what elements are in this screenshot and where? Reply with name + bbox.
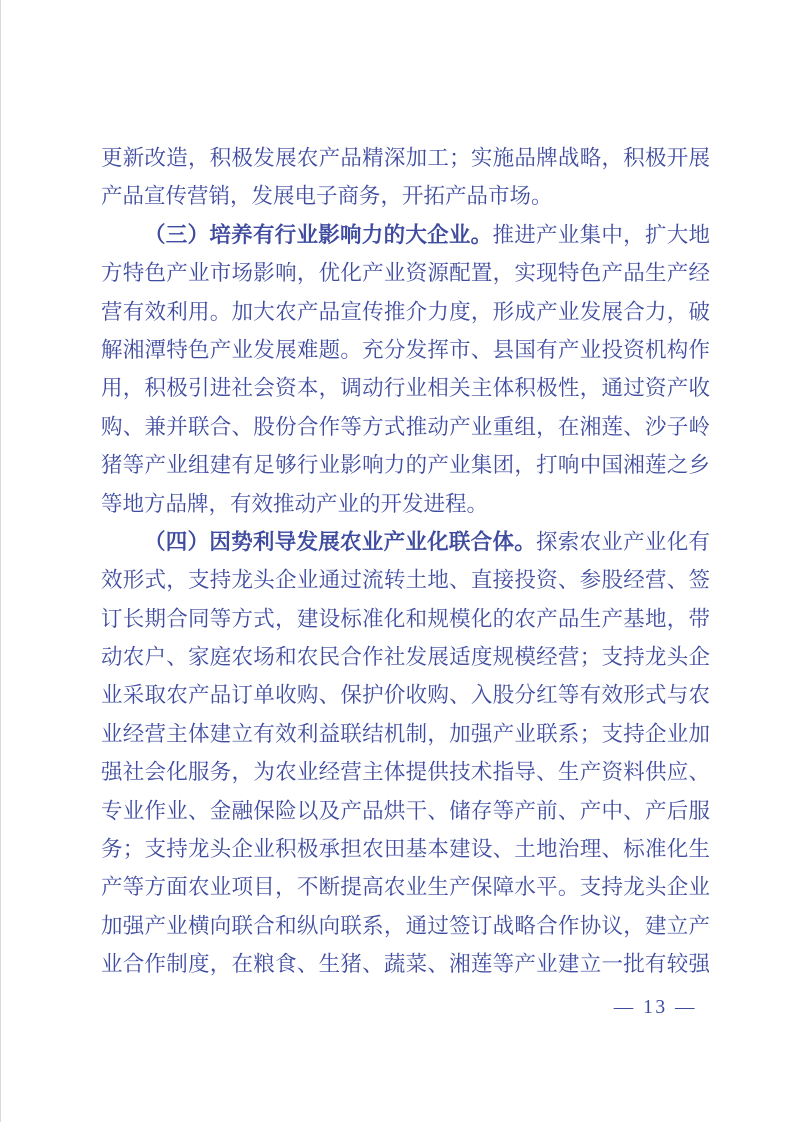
body-text: 推进产业集中，扩大地	[492, 223, 710, 247]
text-line: 产等方面农业项目，不断提高农业生产保障水平。支持龙头企业	[101, 868, 710, 906]
body-text: 解湘潭特色产业发展难题。充分发挥市、县国有产业投资机构作	[101, 338, 710, 362]
text-line: 专业作业、金融保险以及产品烘干、储存等产前、产中、产后服	[101, 792, 710, 830]
text-line: 方特色产业市场影响，优化产业资源配置，实现特色产品生产经	[101, 254, 710, 292]
text-line: 务；支持龙头企业积极承担农田基本建设、土地治理、标准化生	[101, 830, 710, 868]
text-line: 强社会化服务，为农业经营主体提供技术指导、生产资料供应、	[101, 753, 710, 791]
body-text: 产等方面农业项目，不断提高农业生产保障水平。支持龙头企业	[101, 875, 710, 899]
body-text: 业合作制度，在粮食、生猪、蔬菜、湘莲等产业建立一批有较强	[101, 952, 710, 976]
text-line: 加强产业横向联合和纵向联系，通过签订战略合作协议，建立产	[101, 907, 710, 945]
text-line: 动农户、家庭农场和农民合作社发展适度规模经营；支持龙头企	[101, 638, 710, 676]
text-line: 订长期合同等方式，建设标准化和规模化的农产品生产基地，带	[101, 600, 710, 638]
document-body: 更新改造，积极发展农产品精深加工；实施品牌战略，积极开展产品宣传营销，发展电子商…	[101, 139, 710, 984]
text-line: 购、兼并联合、股份合作等方式推动产业重组，在湘莲、沙子岭	[101, 408, 710, 446]
body-text: 猪等产业组建有足够行业影响力的产业集团，打响中国湘莲之乡	[101, 453, 710, 477]
body-text: 购、兼并联合、股份合作等方式推动产业重组，在湘莲、沙子岭	[101, 415, 710, 439]
body-text: 业经营主体建立有效利益联结机制，加强产业联系；支持企业加	[101, 722, 710, 746]
text-line: 效形式，支持龙头企业通过流转土地、直接投资、参股经营、签	[101, 561, 710, 599]
text-line: 等地方品牌，有效推动产业的开发进程。	[101, 485, 710, 523]
text-line: （三）培养有行业影响力的大企业。推进产业集中，扩大地	[101, 216, 710, 254]
body-text: 营有效利用。加大农产品宣传推介力度，形成产业发展合力，破	[101, 300, 710, 324]
page-number: — 13 —	[614, 997, 697, 1019]
text-line: 业合作制度，在粮食、生猪、蔬菜、湘莲等产业建立一批有较强	[101, 945, 710, 983]
text-line: （四）因势利导发展农业产业化联合体。探索农业产业化有	[101, 523, 710, 561]
body-text: 强社会化服务，为农业经营主体提供技术指导、生产资料供应、	[101, 760, 710, 784]
text-line: 业经营主体建立有效利益联结机制，加强产业联系；支持企业加	[101, 715, 710, 753]
section-heading: （三）培养有行业影响力的大企业。	[144, 223, 492, 247]
text-line: 猪等产业组建有足够行业影响力的产业集团，打响中国湘莲之乡	[101, 446, 710, 484]
body-text: 更新改造，积极发展农产品精深加工；实施品牌战略，积极开展	[101, 146, 710, 170]
body-text: 业采取农产品订单收购、保护价收购、入股分红等有效形式与农	[101, 683, 710, 707]
section-heading: （四）因势利导发展农业产业化联合体。	[144, 530, 536, 554]
text-line: 更新改造，积极发展农产品精深加工；实施品牌战略，积极开展	[101, 139, 710, 177]
body-text: 务；支持龙头企业积极承担农田基本建设、土地治理、标准化生	[101, 837, 710, 861]
body-text: 方特色产业市场影响，优化产业资源配置，实现特色产品生产经	[101, 261, 710, 285]
text-line: 营有效利用。加大农产品宣传推介力度，形成产业发展合力，破	[101, 293, 710, 331]
body-text: 效形式，支持龙头企业通过流转土地、直接投资、参股经营、签	[101, 568, 710, 592]
text-line: 解湘潭特色产业发展难题。充分发挥市、县国有产业投资机构作	[101, 331, 710, 369]
body-text: 用，积极引进社会资本，调动行业相关主体积极性，通过资产收	[101, 376, 710, 400]
body-text: 动农户、家庭农场和农民合作社发展适度规模经营；支持龙头企	[101, 645, 710, 669]
body-text: 产品宣传营销，发展电子商务，开拓产品市场。	[101, 184, 553, 208]
body-text: 专业作业、金融保险以及产品烘干、储存等产前、产中、产后服	[101, 799, 710, 823]
body-text: 订长期合同等方式，建设标准化和规模化的农产品生产基地，带	[101, 607, 710, 631]
body-text: 加强产业横向联合和纵向联系，通过签订战略合作协议，建立产	[101, 914, 710, 938]
document-page: 更新改造，积极发展农产品精深加工；实施品牌战略，积极开展产品宣传营销，发展电子商…	[0, 0, 793, 1122]
body-text: 探索农业产业化有	[536, 530, 710, 554]
body-text: 等地方品牌，有效推动产业的开发进程。	[101, 492, 488, 516]
text-line: 用，积极引进社会资本，调动行业相关主体积极性，通过资产收	[101, 369, 710, 407]
text-line: 业采取农产品订单收购、保护价收购、入股分红等有效形式与农	[101, 676, 710, 714]
text-line: 产品宣传营销，发展电子商务，开拓产品市场。	[101, 177, 710, 215]
